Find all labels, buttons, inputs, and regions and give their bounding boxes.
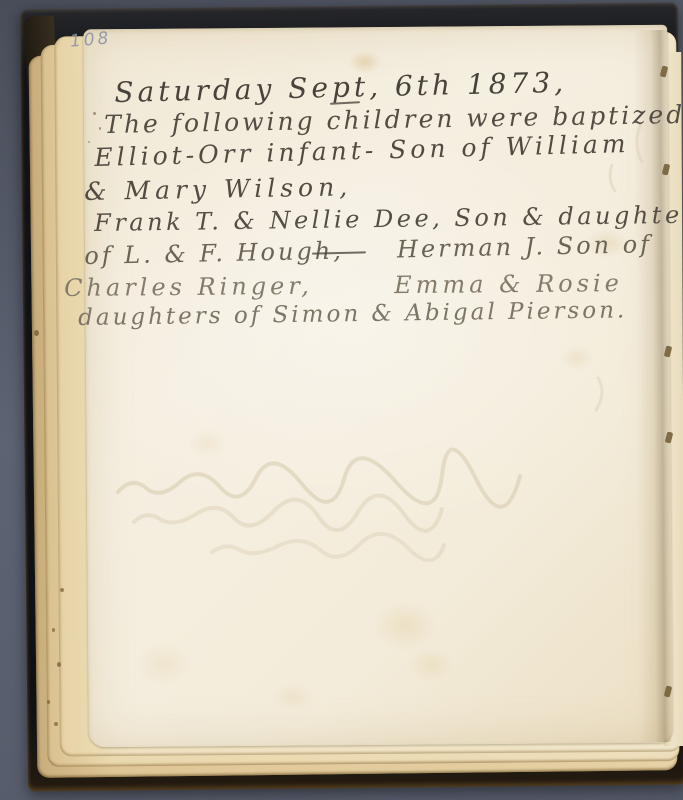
entry-line-7: Charles Ringer, Emma & Rosie bbox=[64, 269, 623, 302]
entry-line-4: & Mary Wilson, bbox=[84, 172, 352, 206]
photo-of-journal: 108 Saturday Sept, 6th 1873, The followi… bbox=[0, 0, 683, 800]
gutter-crease bbox=[634, 30, 673, 742]
page-number: 108 bbox=[69, 28, 112, 52]
